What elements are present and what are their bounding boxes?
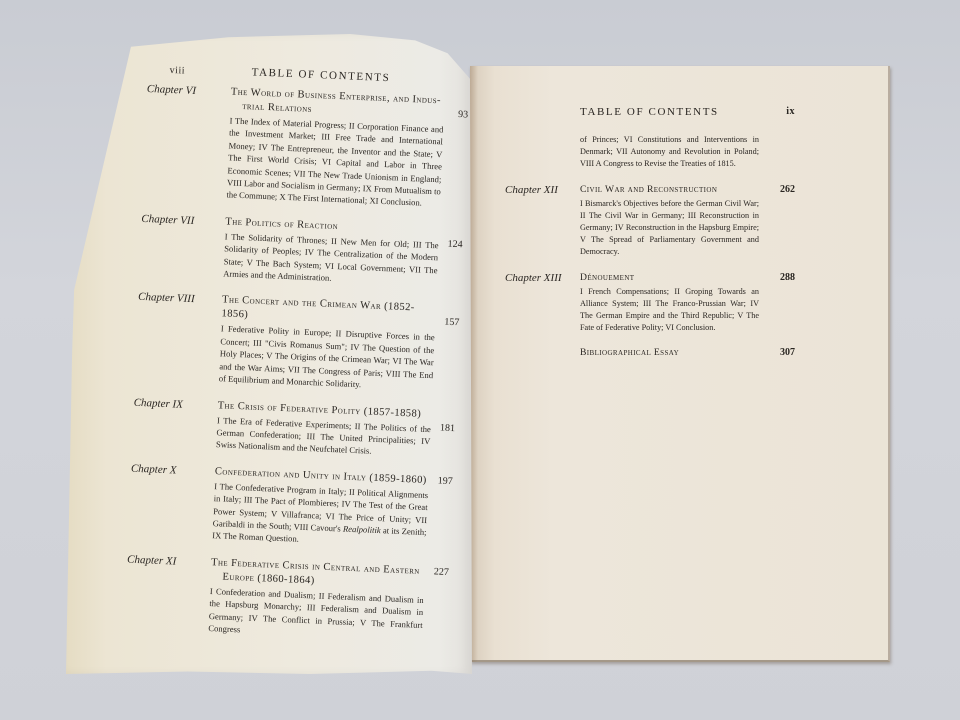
chapter-title: Dénouement [580,271,759,285]
chapter-sections: I French Compensations; II Groping Towar… [580,286,759,333]
toc-entry-chapter-11: Chapter XI The Federative Crisis in Cent… [124,552,449,644]
chapter-label: Chapter VIII [138,291,195,305]
chapter-page-number: 93 [458,109,468,120]
chapter-page-number: 181 [440,422,455,434]
chapter-sections: I The Solidarity of Thrones; II New Men … [223,230,439,289]
toc-entry-bibliography: Bibliographical Essay 307 [580,346,795,360]
chapter-page-number: 157 [444,317,459,329]
chapter-page-number: 124 [447,239,462,251]
chapter-sections: I The Confederative Program in Italy; II… [212,480,428,551]
toc-entry-chapter-13: Chapter XIII Dénouement I French Compens… [505,271,795,333]
chapter-page-number: 288 [780,272,795,283]
toc-entry-chapter-9: Chapter IX The Crisis of Federative Poli… [132,395,456,461]
left-page-toc: viii TABLE OF CONTENTS Chapter VI The Wo… [124,62,470,644]
chapter-sections: I Federative Polity in Europe; II Disrup… [219,323,435,394]
toc-entry-chapter-8: Chapter VIII The Concert and the Crimean… [135,290,461,394]
toc-entry-chapter-10: Chapter X Confederation and Unity in Ita… [128,461,453,551]
chapter-page-number: 227 [434,566,449,578]
chapter-label: Chapter XI [127,553,177,567]
toc-entry-chapter-6: Chapter VI The World of Business Enterpr… [142,82,469,211]
right-page-toc: TABLE OF CONTENTS ix of Princes; VI Cons… [505,104,795,360]
chapter-label: Chapter VII [141,213,194,227]
chapter-page-number: 262 [780,184,795,195]
toc-entry-chapter-12: Chapter XII Civil War and Reconstruction… [505,183,795,257]
chapter-label: Chapter X [131,462,177,476]
chapter-11-sections-continued: of Princes; VI Constitutions and Interve… [580,134,759,169]
chapter-label: Chapter XII [505,184,558,196]
chapter-page-number: 197 [437,475,452,487]
toc-entry-chapter-7: Chapter VII The Politics of Reaction I T… [139,212,463,290]
chapter-sections: I Confederation and Dualism; II Federali… [208,585,424,644]
bibliography-page-number: 307 [780,347,795,358]
chapter-label: Chapter IX [133,396,183,410]
right-page-number: ix [786,106,795,117]
toc-heading: TABLE OF CONTENTS [580,106,719,118]
chapter-label: Chapter VI [147,83,197,97]
chapter-sections: I The Index of Material Progress; II Cor… [226,114,443,210]
bibliography-title: Bibliographical Essay [580,346,795,360]
chapter-sections: I Bismarck's Objectives before the Germa… [580,198,759,257]
left-page-number: viii [169,65,185,77]
right-page-header: TABLE OF CONTENTS ix [505,104,795,120]
chapter-title: Civil War and Reconstruction [580,183,759,197]
chapter-sections: I The Era of Federative Experiments; II … [216,414,431,460]
chapter-label: Chapter XIII [505,272,562,284]
